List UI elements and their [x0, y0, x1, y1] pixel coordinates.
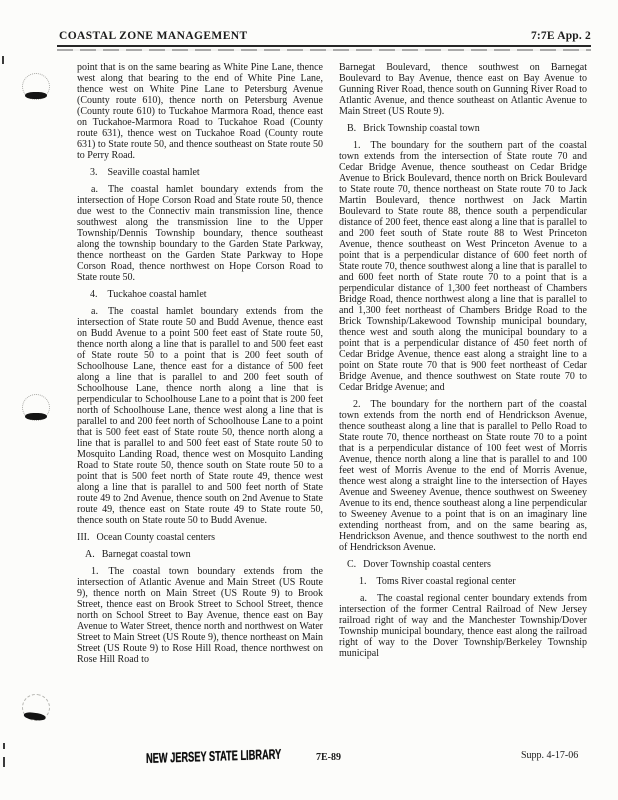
paragraph-text: Barnegat Boulevard, thence southwest on … — [339, 62, 587, 117]
header-rule — [57, 45, 591, 47]
section-heading: III.Ocean County coastal centers — [77, 532, 323, 543]
section-heading: A.Barnegat coastal town — [85, 549, 323, 560]
heading-number: III. — [77, 532, 97, 543]
paragraph: 1.The coastal town boundary extends from… — [77, 566, 323, 665]
page-title: COASTAL ZONE MANAGEMENT — [59, 30, 248, 42]
heading-text: Tuckahoe coastal hamlet — [108, 289, 207, 300]
paragraph: a.The coastal hamlet boundary extends fr… — [77, 184, 323, 283]
paragraph-text: The coastal town boundary extends from t… — [77, 566, 323, 665]
paragraph-label: 1. — [91, 566, 109, 577]
section-heading: B.Brick Township coastal town — [347, 123, 587, 134]
punch-hole-artifact — [22, 394, 50, 421]
paragraph: 1.The boundary for the southern part of … — [339, 140, 587, 393]
paragraph-label: 2. — [353, 399, 371, 410]
heading-text: Toms River coastal regional center — [377, 576, 516, 587]
section-heading: 3.Seaville coastal hamlet — [90, 167, 323, 178]
heading-number: A. — [85, 549, 102, 560]
punch-hole-artifact — [22, 73, 50, 100]
left-column: point that is on the same bearing as Whi… — [77, 62, 323, 671]
paragraph: Barnegat Boulevard, thence southwest on … — [339, 62, 587, 117]
right-column: Barnegat Boulevard, thence southwest on … — [339, 62, 587, 665]
scan-edge-mark — [3, 743, 5, 749]
paragraph-label: 1. — [353, 140, 371, 151]
paragraph-label: a. — [91, 184, 108, 195]
paragraph: a.The coastal hamlet boundary extends fr… — [77, 306, 323, 526]
library-stamp: NEW JERSEY STATE LIBRARY — [146, 746, 281, 766]
scan-edge-mark — [3, 757, 5, 767]
paragraph: 2.The boundary for the northern part of … — [339, 399, 587, 553]
heading-text: Seaville coastal hamlet — [108, 167, 200, 178]
heading-number: 1. — [359, 576, 377, 587]
document-page: COASTAL ZONE MANAGEMENT 7:7E App. 2 poin… — [0, 0, 618, 800]
punch-hole-artifact — [20, 692, 51, 723]
section-heading: 1.Toms River coastal regional center — [359, 576, 587, 587]
paragraph: point that is on the same bearing as Whi… — [77, 62, 323, 161]
paragraph-text: point that is on the same bearing as Whi… — [77, 62, 323, 161]
paragraph: a.The coastal regional center boundary e… — [339, 593, 587, 659]
section-heading: 4.Tuckahoe coastal hamlet — [90, 289, 323, 300]
heading-text: Ocean County coastal centers — [97, 532, 216, 543]
paragraph-text: The coastal hamlet boundary extends from… — [77, 306, 323, 526]
header-rule-shadow — [57, 49, 591, 51]
paragraph-text: The coastal regional center boundary ext… — [339, 593, 587, 659]
paragraph-text: The boundary for the southern part of th… — [339, 140, 587, 393]
paragraph-text: The boundary for the northern part of th… — [339, 399, 587, 553]
heading-text: Dover Township coastal centers — [363, 559, 491, 570]
heading-text: Brick Township coastal town — [363, 123, 480, 134]
paragraph-label: a. — [91, 306, 108, 317]
paragraph-text: The coastal hamlet boundary extends from… — [77, 184, 323, 283]
heading-number: 4. — [90, 289, 108, 300]
heading-number: C. — [347, 559, 363, 570]
scan-edge-mark — [2, 56, 4, 64]
heading-number: 3. — [90, 167, 108, 178]
heading-number: B. — [347, 123, 363, 134]
section-heading: C.Dover Township coastal centers — [347, 559, 587, 570]
heading-text: Barnegat coastal town — [102, 549, 191, 560]
header-citation: 7:7E App. 2 — [531, 30, 591, 42]
paragraph-label: a. — [360, 593, 377, 604]
supplement-date: Supp. 4-17-06 — [521, 750, 578, 761]
page-number: 7E-89 — [316, 752, 341, 763]
